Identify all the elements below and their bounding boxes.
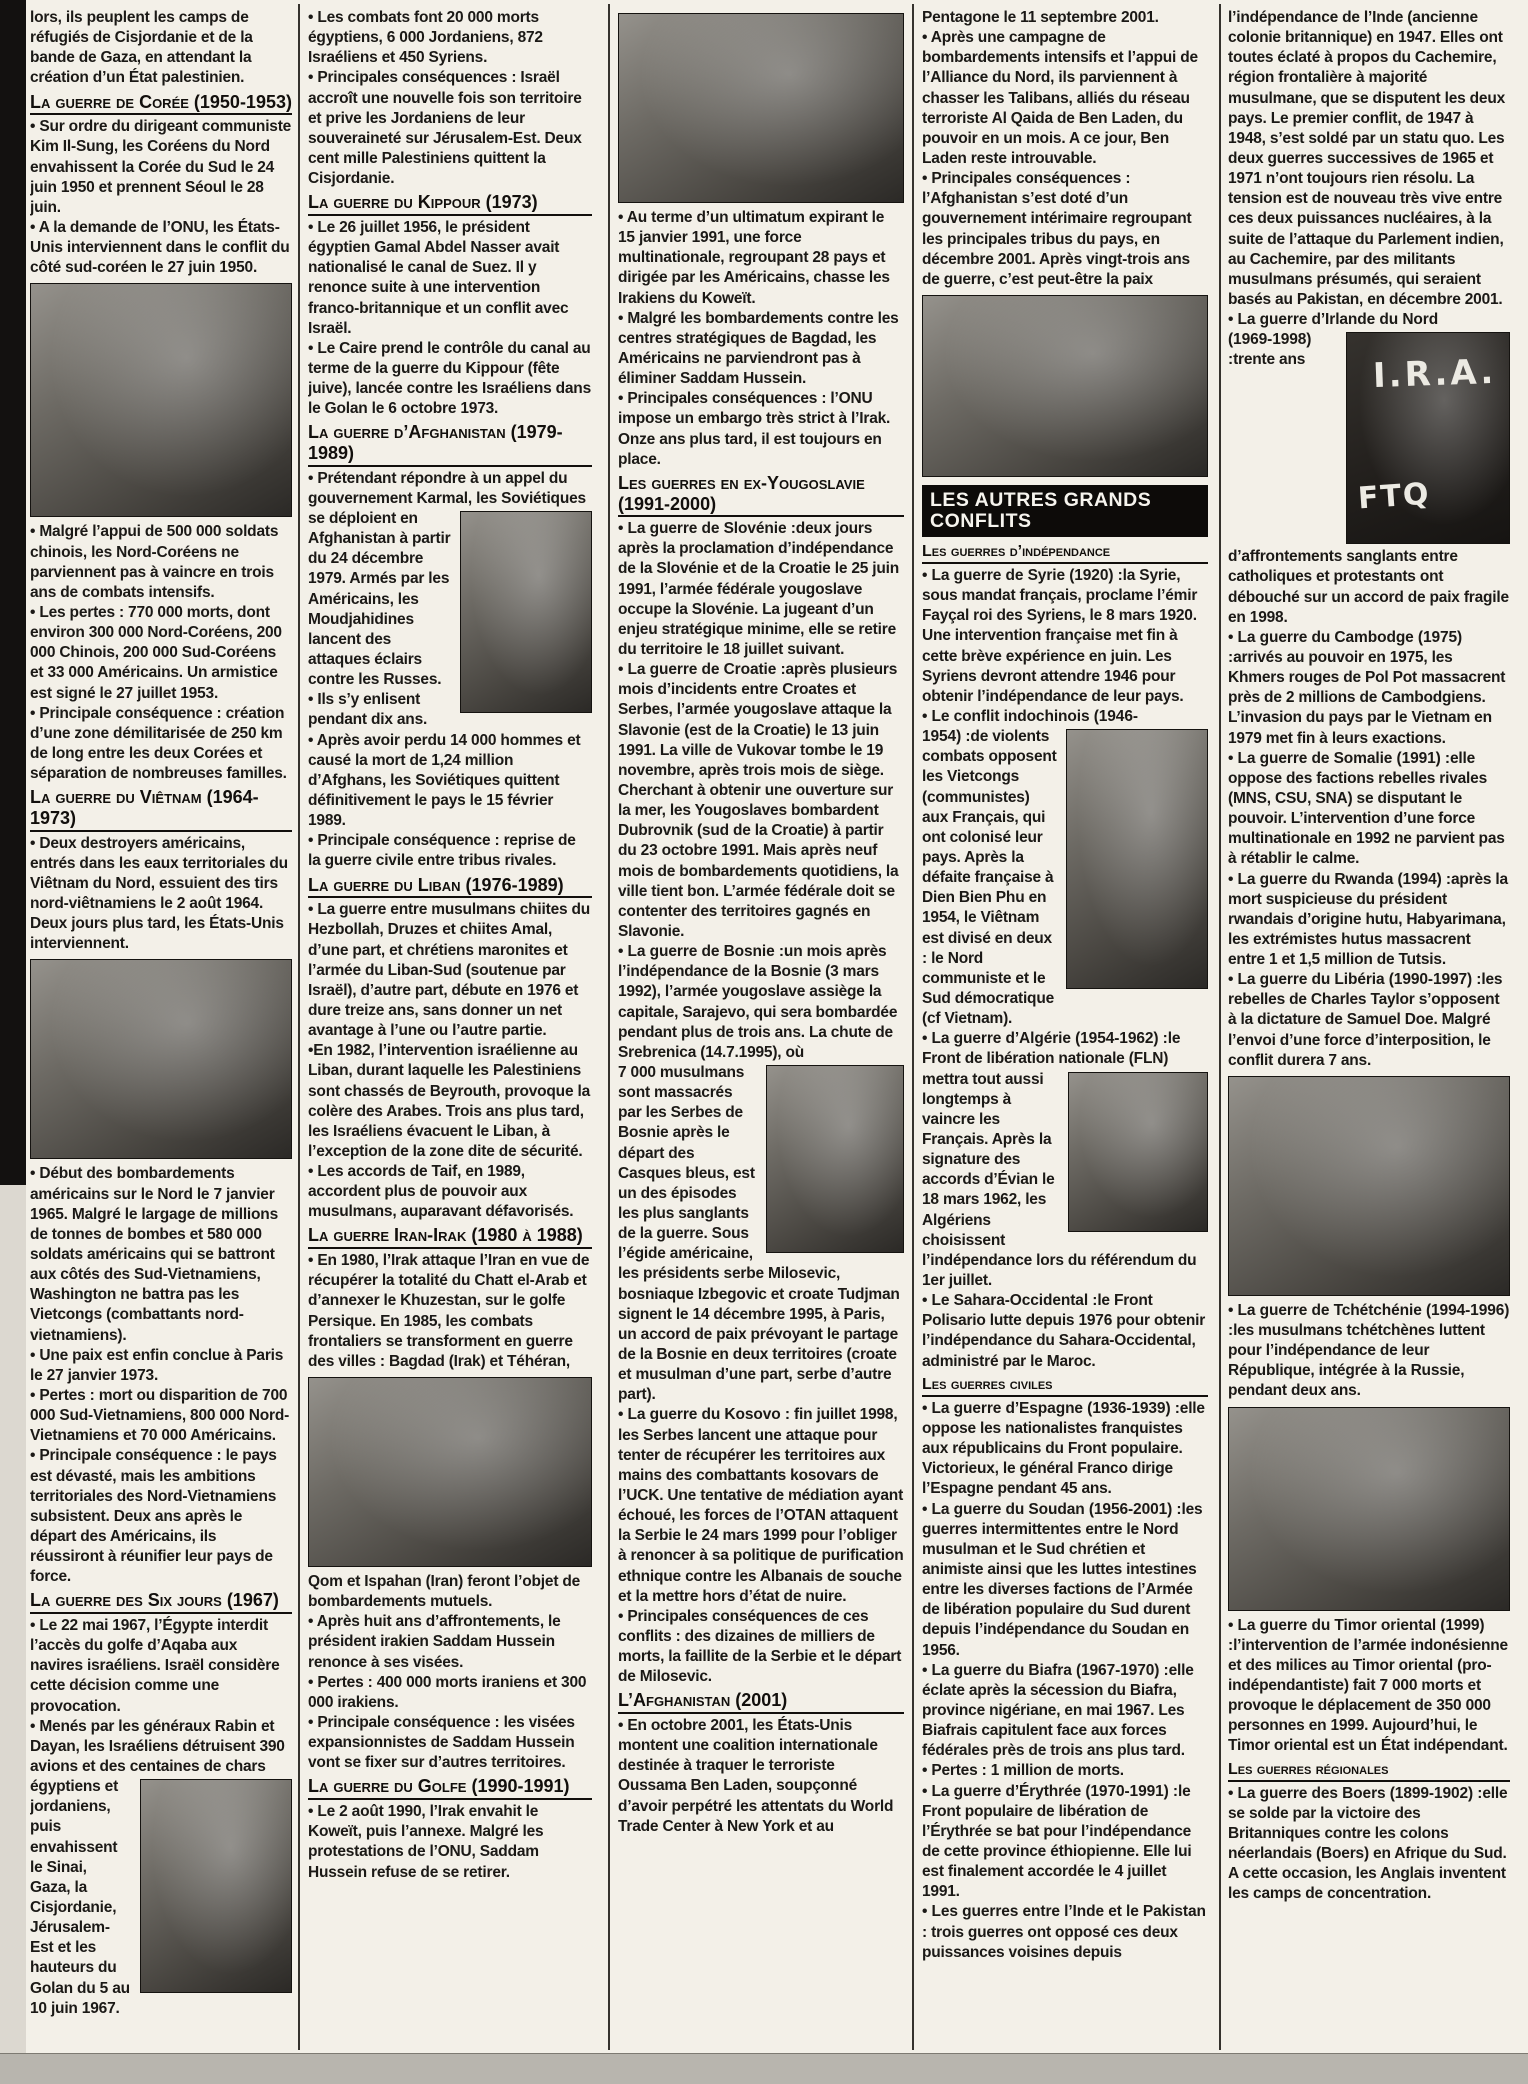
section-heading: La guerre des Six jours (1967) — [30, 1590, 292, 1614]
entry-title: • La guerre de Bosnie : — [618, 943, 784, 960]
entry-title: • La guerre du Kosovo : — [618, 1406, 790, 1423]
paragraph: • La guerre du Rwanda (1994) :après la m… — [1228, 870, 1510, 971]
paragraph: • La guerre de Slovénie :deux jours aprè… — [618, 519, 904, 660]
section-heading: La guerre du Liban (1976-1989) — [308, 875, 592, 899]
section-heading: L’Afghanistan (2001) — [618, 1690, 904, 1714]
paragraph-text: • Principale conséquence : création d’un… — [30, 705, 287, 782]
paragraph: • La guerre de Tchétchénie (1994-1996) :… — [1228, 1301, 1510, 1402]
photo-ira-graffiti: I.R.A.FTQ — [1346, 332, 1510, 544]
page-gutter-lower — [0, 1185, 26, 2054]
photo-bosnia-soldier — [766, 1065, 904, 1253]
section-heading: La guerre du Kippour (1973) — [308, 192, 592, 216]
paragraph-text: •En 1982, l’intervention israélienne au … — [308, 1042, 590, 1160]
photo-vietnam-jungle — [30, 959, 292, 1159]
entry-title: • Le conflit indochinois (1946- — [922, 708, 1138, 725]
paragraph-text: elle oppose des factions rebelles rivale… — [1228, 750, 1505, 868]
paragraph: • Pertes : 1 million de morts. — [922, 1761, 1208, 1781]
paragraph: • Le 22 mai 1967, l’Égypte interdit l’ac… — [30, 1616, 292, 1717]
section-heading: La guerre d’Afghanistan (1979-1989) — [308, 422, 592, 466]
paragraph-text: un mois après l’indépendance de la Bosni… — [618, 943, 897, 1061]
column-1: lors, ils peuplent les camps de réfugiés… — [30, 8, 292, 2054]
paragraph-text: • En 1980, l’Irak attaque l’Iran en vue … — [308, 1252, 589, 1370]
graffiti-text: I.R.A. — [1372, 352, 1496, 396]
paragraph: • Après avoir perdu 14 000 hommes et cau… — [308, 731, 592, 832]
section-heading: Les guerres civiles — [922, 1375, 1208, 1397]
paragraph: • Malgré l’appui de 500 000 soldats chin… — [30, 522, 292, 603]
paragraph-text: • Les accords de Taif, en 1989, accorden… — [308, 1163, 573, 1220]
section-heading: Les guerres d’indépendance — [922, 542, 1208, 564]
column-divider — [298, 4, 300, 2050]
paragraph: • En octobre 2001, les États-Unis monten… — [618, 1716, 904, 1837]
paragraph-text: • En octobre 2001, les États-Unis monten… — [618, 1717, 893, 1835]
paragraph-text: • Principale conséquence : reprise de la… — [308, 832, 576, 869]
paragraph-text: • Menés par les généraux Rabin et Dayan,… — [30, 1718, 285, 1775]
photo-highlight — [31, 960, 291, 1158]
paragraph: • La guerre d’Irlande du Nord — [1228, 310, 1510, 330]
photo-algeria-war — [1068, 1072, 1208, 1232]
photo-iran-irak-khomeini — [308, 1377, 592, 1567]
paragraph-text: les guerres intermittentes entre le Nord… — [922, 1501, 1202, 1659]
photo-afghan-mujahid — [460, 511, 592, 713]
paragraph: • La guerre de Syrie (1920) :la Syrie, s… — [922, 566, 1208, 707]
paragraph-text: • Le 2 août 1990, l’Irak envahit le Kowe… — [308, 1803, 543, 1880]
paragraph-text: • Principale conséquence : les visées ex… — [308, 1714, 575, 1771]
entry-title: • La guerre de Somalie (1991) : — [1228, 750, 1450, 767]
paragraph-text: après plusieurs mois d’incidents entre C… — [618, 661, 898, 940]
paragraph: • La guerre des Boers (1899-1902) :elle … — [1228, 1784, 1510, 1905]
paragraph-text: • Pertes : 400 000 morts iraniens et 300… — [308, 1674, 586, 1711]
paragraph-text: le Front populaire de libération de l’Ér… — [922, 1783, 1192, 1901]
paragraph-text: • Après une campagne de bombardements in… — [922, 29, 1198, 167]
entry-title: • La guerre de Croatie : — [618, 661, 786, 678]
photo-highlight — [461, 512, 591, 712]
paragraph: • Pertes : 400 000 morts iraniens et 300… — [308, 1673, 592, 1713]
paragraph-text: • Au terme d’un ultimatum expirant le 15… — [618, 209, 890, 307]
paragraph-text: • Principale conséquence : le pays est d… — [30, 1447, 277, 1585]
entry-title: • Le Sahara-Occidental : — [922, 1292, 1097, 1309]
paragraph: l’indépendance de l’Inde (ancienne colon… — [1228, 8, 1510, 310]
paragraph: • La guerre du Timor oriental (1999) :l’… — [1228, 1616, 1510, 1757]
section-heading: La guerre du Viêtnam (1964-1973) — [30, 787, 292, 831]
paragraph-text: l’intervention de l’armée indonésienne e… — [1228, 1637, 1508, 1755]
photo-highlight — [141, 1780, 291, 1992]
paragraph: • Le 2 août 1990, l’Irak envahit le Kowe… — [308, 1802, 592, 1883]
paragraph-text: • Prétendant répondre à un appel du gouv… — [308, 470, 586, 507]
paragraph-text: • Principales conséquences de ces confli… — [618, 1608, 901, 1685]
paragraph-text: égyptiens et jordaniens, puis envahissen… — [30, 1778, 130, 2017]
paragraph-text: • Malgré les bombardements contre les ce… — [618, 310, 899, 387]
photo-highlight — [1229, 1408, 1509, 1610]
entry-title: • La guerre du Biafra (1967-1970) : — [922, 1662, 1169, 1679]
paragraph: • La guerre du Soudan (1956-2001) :les g… — [922, 1500, 1208, 1661]
paragraph-text: • Le Caire prend le contrôle du canal au… — [308, 340, 591, 417]
section-heading: La guerre du Golfe (1990-1991) — [308, 1776, 592, 1800]
paragraph: • Principales conséquences de ces confli… — [618, 1607, 904, 1688]
photo-highlight — [923, 296, 1207, 476]
paragraph: • En 1980, l’Irak attaque l’Iran en vue … — [308, 1251, 592, 1372]
paragraph: • La guerre d’Algérie (1954-1962) :le Fr… — [922, 1029, 1208, 1069]
paragraph-text: l’indépendance de l’Inde (ancienne colon… — [1228, 9, 1505, 308]
paragraph: • Le Sahara-Occidental :le Front Polisar… — [922, 1291, 1208, 1372]
section-heading: La guerre de Corée (1950-1953) — [30, 92, 292, 116]
paragraph: • Principales conséquences : Israël accr… — [308, 68, 592, 189]
paragraph: • Le Caire prend le contrôle du canal au… — [308, 339, 592, 420]
paragraph-text: • Les combats font 20 000 morts égyptien… — [308, 9, 543, 66]
paragraph-text: trois guerres ont opposé ces deux puissa… — [922, 1924, 1178, 1961]
paragraph: • Principale conséquence : reprise de la… — [308, 831, 592, 871]
paragraph: • Le conflit indochinois (1946- — [922, 707, 1208, 727]
paragraph-text: fin juillet 1998, les Serbes lancent une… — [618, 1406, 904, 1604]
paragraph-text: • Principales conséquences : Israël accr… — [308, 69, 582, 187]
photo-korea-war — [30, 283, 292, 517]
paragraph-text: • Deux destroyers américains, entrés dan… — [30, 835, 288, 953]
paragraph-text: • Principales conséquences : l’ONU impos… — [618, 390, 890, 467]
photo-highlight — [619, 14, 903, 202]
paragraph-text: se déploient en Afghanistan à partir du … — [308, 510, 450, 688]
paragraph: • Le 26 juillet 1956, le président égypt… — [308, 218, 592, 339]
paragraph: • La guerre d’Érythrée (1970-1991) :le F… — [922, 1782, 1208, 1903]
paragraph: • Une paix est enfin conclue à Paris le … — [30, 1346, 292, 1386]
column-4: Pentagone le 11 septembre 2001.• Après u… — [922, 8, 1208, 2054]
entry-title: • La guerre des Boers (1899-1902) : — [1228, 1785, 1482, 1802]
paragraph: • Au terme d’un ultimatum expirant le 15… — [618, 208, 904, 309]
photo-liberia-child-soldiers — [1228, 1076, 1510, 1296]
paragraph: • Principales conséquences : l’ONU impos… — [618, 389, 904, 470]
column-5: l’indépendance de l’Inde (ancienne colon… — [1228, 8, 1510, 2054]
paragraph: • A la demande de l’ONU, les États-Unis … — [30, 218, 292, 278]
paragraph: • Malgré les bombardements contre les ce… — [618, 309, 904, 390]
paragraph: lors, ils peuplent les camps de réfugiés… — [30, 8, 292, 89]
paragraph: • Début des bombardements américains sur… — [30, 1164, 292, 1345]
section-heading: La guerre Iran-Irak (1980 à 1988) — [308, 1225, 592, 1249]
paragraph-text: • Ils s’y enlisent pendant dix ans. — [308, 691, 427, 728]
paragraph-text: • A la demande de l’ONU, les États-Unis … — [30, 219, 290, 276]
paragraph: • La guerre de Somalie (1991) :elle oppo… — [1228, 749, 1510, 870]
paragraph: • La guerre du Biafra (1967-1970) :elle … — [922, 1661, 1208, 1762]
photo-afghanistan-fighters — [922, 295, 1208, 477]
paragraph-text: • Le 22 mai 1967, l’Égypte interdit l’ac… — [30, 1617, 280, 1715]
entry-title: • La guerre d’Espagne (1936-1939) : — [922, 1400, 1180, 1417]
paragraph: • Menés par les généraux Rabin et Dayan,… — [30, 1717, 292, 1777]
paragraph-text: deux jours après la proclamation d’indép… — [618, 520, 899, 658]
entry-title: • La guerre de Slovénie : — [618, 520, 796, 537]
paragraph-text: • Sur ordre du dirigeant communiste Kim … — [30, 118, 291, 216]
paragraph: • Principale conséquence : les visées ex… — [308, 1713, 592, 1773]
paragraph: • Les combats font 20 000 morts égyptien… — [308, 8, 592, 68]
photo-highlight — [309, 1378, 591, 1566]
paragraph: • Les accords de Taif, en 1989, accorden… — [308, 1162, 592, 1222]
paragraph: • Principales conséquences : l’Afghanist… — [922, 169, 1208, 290]
column-3: • Au terme d’un ultimatum expirant le 15… — [618, 8, 904, 2054]
paragraph: • Les guerres entre l’Inde et le Pakista… — [922, 1902, 1208, 1962]
page-gutter-shadow — [0, 0, 26, 1185]
paragraph-text: elle se solde par la victoire des Britan… — [1228, 1785, 1507, 1903]
paragraph: • Pertes : mort ou disparition de 700 00… — [30, 1386, 292, 1446]
photo-wtc-911 — [618, 13, 904, 203]
column-2: • Les combats font 20 000 morts égyptien… — [308, 8, 592, 2054]
paragraph-text: • Pertes : 1 million de morts. — [922, 1762, 1124, 1779]
entry-title: • La guerre du Soudan (1956-2001) : — [922, 1501, 1181, 1518]
paragraph: • Deux destroyers américains, entrés dan… — [30, 834, 292, 955]
paragraph-text: • Principales conséquences : l’Afghanist… — [922, 170, 1191, 288]
paragraph: Pentagone le 11 septembre 2001. — [922, 8, 1208, 28]
paragraph-text: de violents combats opposent les Vietcon… — [922, 728, 1057, 1027]
paragraph-text: • Après avoir perdu 14 000 hommes et cau… — [308, 732, 580, 830]
paragraph: • La guerre du Libéria (1990-1997) :les … — [1228, 970, 1510, 1071]
paragraph-text: • Début des bombardements américains sur… — [30, 1165, 278, 1343]
column-divider — [608, 4, 610, 2050]
paragraph: • Les pertes : 770 000 morts, dont envir… — [30, 603, 292, 704]
paragraph: • Sur ordre du dirigeant communiste Kim … — [30, 117, 292, 218]
graffiti-text: FTQ — [1357, 476, 1432, 516]
entry-title: • La guerre d’Irlande du Nord — [1228, 311, 1438, 328]
photo-highlight — [1069, 1073, 1207, 1231]
section-heading: Les guerres en ex-Yougoslavie (1991-2000… — [618, 473, 904, 517]
paragraph: • La guerre de Croatie :après plusieurs … — [618, 660, 904, 942]
entry-title: • La guerre de Syrie (1920) : — [922, 567, 1123, 584]
entry-title: 1954) : — [922, 728, 970, 745]
paragraph-text: Qom et Ispahan (Iran) feront l’objet de … — [308, 1573, 580, 1610]
paragraph: • La guerre du Kosovo : fin juillet 1998… — [618, 1405, 904, 1606]
paragraph: • Après une campagne de bombardements in… — [922, 28, 1208, 169]
photo-highlight — [1067, 730, 1207, 988]
page-bottom-edge — [0, 2053, 1528, 2084]
paragraph: •En 1982, l’intervention israélienne au … — [308, 1041, 592, 1162]
paragraph-text: • Après huit ans d’affrontements, le pré… — [308, 1613, 561, 1670]
photo-highlight — [1229, 1077, 1509, 1295]
paragraph: • Prétendant répondre à un appel du gouv… — [308, 469, 592, 509]
paragraph-text: • Pertes : mort ou disparition de 700 00… — [30, 1387, 289, 1444]
paragraph-text: Pentagone le 11 septembre 2001. — [922, 9, 1159, 26]
photo-highlight — [31, 284, 291, 516]
entry-title: • La guerre d’Érythrée (1970-1991) : — [922, 1783, 1178, 1800]
column-divider — [1219, 4, 1221, 2050]
entry-title: • La guerre d’Algérie (1954-1962) : — [922, 1030, 1168, 1047]
paragraph-text: les musulmans tchétchènes luttent pour l… — [1228, 1322, 1485, 1399]
photo-six-day-war — [140, 1779, 292, 1993]
paragraph: • La guerre de Bosnie :un mois après l’i… — [618, 942, 904, 1063]
paragraph-text: • Les pertes : 770 000 morts, dont envir… — [30, 604, 282, 702]
paragraph-text: • Le 26 juillet 1956, le président égypt… — [308, 219, 568, 337]
section-banner: LES AUTRES GRANDS CONFLITS — [922, 485, 1208, 537]
entry-title: • La guerre du Libéria (1990-1997) : — [1228, 971, 1481, 988]
paragraph-text: arrivés au pouvoir en 1975, les Khmers r… — [1228, 649, 1505, 747]
section-heading: Les guerres régionales — [1228, 1760, 1510, 1782]
photo-chechnya-soldiers — [1228, 1407, 1510, 1611]
paragraph-text: • Une paix est enfin conclue à Paris le … — [30, 1347, 283, 1384]
paragraph-text: • Malgré l’appui de 500 000 soldats chin… — [30, 523, 278, 600]
entry-title: • La guerre du Rwanda (1994) : — [1228, 871, 1451, 888]
paragraph: • La guerre du Cambodge (1975) :arrivés … — [1228, 628, 1510, 749]
paragraph: • Principale conséquence : le pays est d… — [30, 1446, 292, 1587]
paragraph-text: • La guerre entre musulmans chiites du H… — [308, 901, 590, 1039]
paragraph: • La guerre entre musulmans chiites du H… — [308, 900, 592, 1041]
paragraph: Qom et Ispahan (Iran) feront l’objet de … — [308, 1572, 592, 1612]
paragraph-text: lors, ils peuplent les camps de réfugiés… — [30, 9, 253, 86]
paragraph: • La guerre d’Espagne (1936-1939) :elle … — [922, 1399, 1208, 1500]
paragraph-text: la Syrie, sous mandat français, proclame… — [922, 567, 1197, 705]
paragraph: • Principale conséquence : création d’un… — [30, 704, 292, 785]
column-divider — [912, 4, 914, 2050]
photo-highlight — [767, 1066, 903, 1252]
magazine-page: lors, ils peuplent les camps de réfugiés… — [0, 0, 1528, 2084]
photo-indochina-war — [1066, 729, 1208, 989]
paragraph: • Après huit ans d’affrontements, le pré… — [308, 1612, 592, 1672]
